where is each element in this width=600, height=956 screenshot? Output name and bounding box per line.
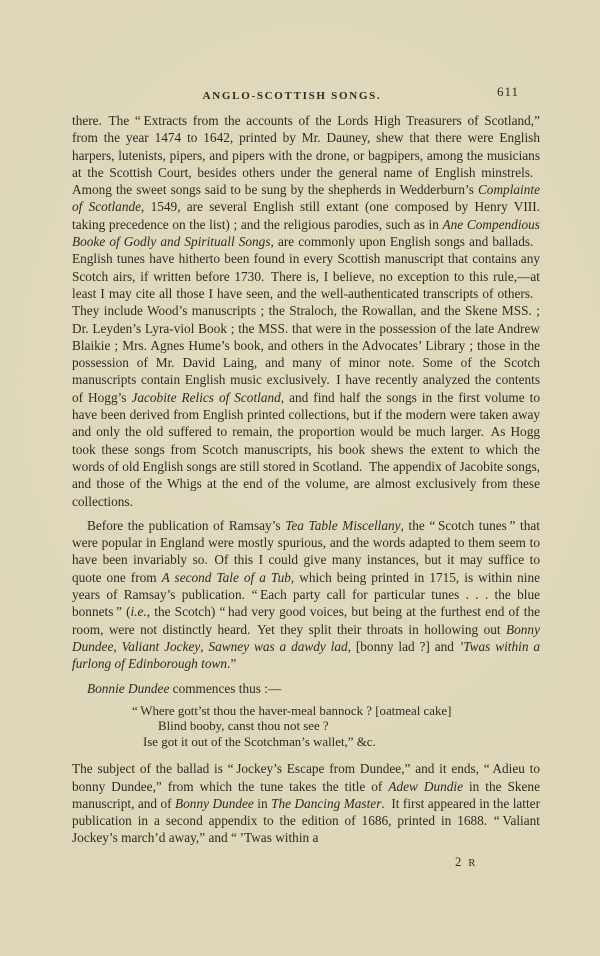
text-run: , are commonly upon English songs and ba… xyxy=(72,234,540,405)
italic-title-run: Adew Dundie xyxy=(388,779,463,794)
italic-title-run: Bonny Dundee xyxy=(175,796,254,811)
verse-line: “ Where gott’st thou the haver-meal bann… xyxy=(72,704,540,720)
verse-quote: “ Where gott’st thou the haver-meal bann… xyxy=(72,704,540,751)
verse-line: Blind booby, canst thou not see ? xyxy=(72,719,540,735)
page-number: 611 xyxy=(497,84,519,100)
text-column: ANGLO-SCOTTISH SONGS. 611 there. The “ E… xyxy=(72,86,540,872)
body-text: there. The “ Extracts from the accounts … xyxy=(72,112,540,847)
text-run: , xyxy=(113,639,121,654)
text-run: Before the publication of Ramsay’s xyxy=(87,518,285,533)
italic-title-run: Valiant Jockey xyxy=(122,639,201,654)
text-run: , and find half the songs in the first v… xyxy=(72,390,540,509)
verse-line: Ise got it out of the Scotchman’s wallet… xyxy=(72,735,540,751)
text-run: commences thus :— xyxy=(169,681,281,696)
italic-title-run: Sawney was a dawdy lad xyxy=(208,639,347,654)
running-header: ANGLO-SCOTTISH SONGS. 611 xyxy=(72,86,540,112)
printers-signature: 2 R xyxy=(72,854,540,872)
paragraph: there. The “ Extracts from the accounts … xyxy=(72,112,540,510)
italic-title-run: Tea Table Miscellany xyxy=(285,518,400,533)
paragraph: Before the publication of Ramsay’s Tea T… xyxy=(72,517,540,673)
paragraph: Bonnie Dundee commences thus :— xyxy=(72,680,540,697)
text-run: .” xyxy=(227,656,236,671)
italic-title-run: i.e. xyxy=(131,604,147,619)
signature-number: 2 xyxy=(455,855,463,869)
italic-title-run: The Dancing Master xyxy=(271,796,381,811)
italic-title-run: A second Tale of a Tub xyxy=(162,570,291,585)
signature-letter: R xyxy=(468,858,477,869)
paragraph: The subject of the ballad is “ Jockey’s … xyxy=(72,760,540,846)
text-run: in xyxy=(254,796,271,811)
text-run: , [bonny lad ?] and xyxy=(348,639,459,654)
italic-title-run: Jacobite Relics of Scotland xyxy=(131,390,280,405)
running-header-title: ANGLO-SCOTTISH SONGS. xyxy=(203,90,382,102)
italic-title-run: Bonnie Dundee xyxy=(87,681,169,696)
text-run: there. The “ Extracts from the accounts … xyxy=(72,113,540,197)
scanned-book-page: ANGLO-SCOTTISH SONGS. 611 there. The “ E… xyxy=(0,0,600,956)
